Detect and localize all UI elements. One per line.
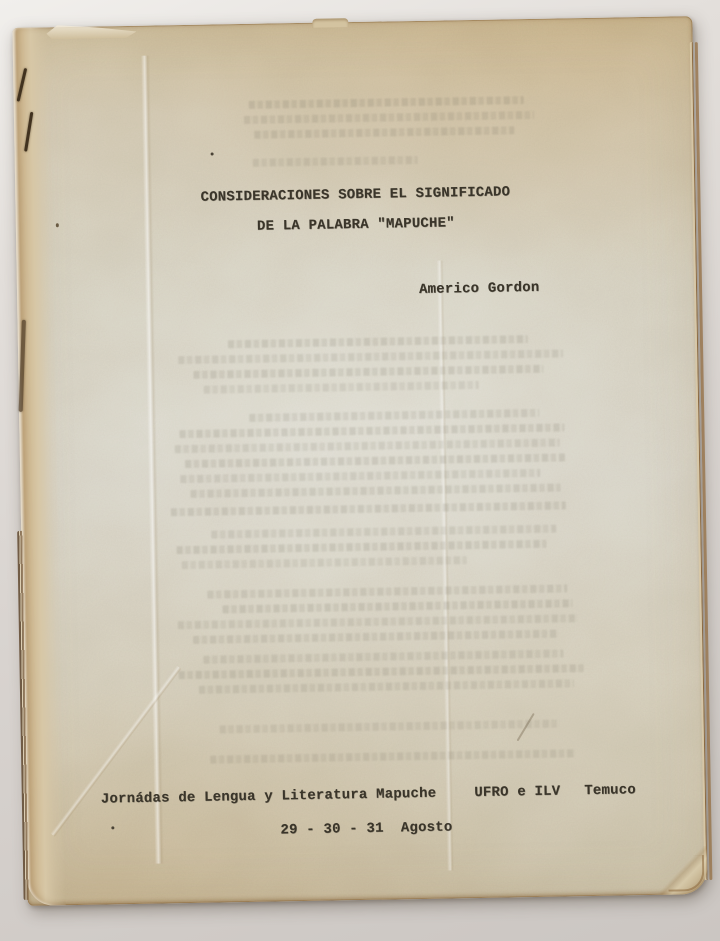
- bleed-through-line: [178, 614, 578, 629]
- paper-crease: [50, 666, 181, 837]
- bleed-through-line: [204, 381, 479, 394]
- bleed-through-line: [228, 335, 528, 348]
- binding-edge: [12, 27, 65, 906]
- bleed-through-line: [199, 679, 574, 694]
- footer-location: Temuco: [584, 783, 636, 798]
- bleed-through-line: [175, 439, 560, 454]
- bleed-through-line: [176, 540, 546, 554]
- bleed-through-line: [207, 584, 567, 598]
- footer-dates: 29 - 30 - 31 Agosto: [26, 816, 706, 842]
- bleed-through-line: [222, 599, 572, 613]
- bleed-through-line: [193, 365, 543, 379]
- bleed-through-line: [193, 630, 558, 644]
- bleed-through-line: [182, 556, 467, 569]
- footer-organizations: UFRO e ILV: [474, 785, 560, 800]
- staple-mark: [19, 320, 26, 412]
- photo-background: CONSIDERACIONES SOBRE EL SIGNIFICADO DE …: [0, 0, 720, 941]
- document-title-line1: CONSIDERACIONES SOBRE EL SIGNIFICADO: [15, 182, 695, 208]
- bleed-through-line: [180, 469, 540, 483]
- bleed-through-line: [244, 111, 534, 124]
- paper-tab: [312, 18, 348, 28]
- bleed-through-line: [171, 501, 566, 516]
- bleed-through-line: [220, 720, 560, 734]
- bleed-through-line: [211, 525, 556, 539]
- footer-event: Jornádas de Lengua y Literatura Mapuche: [101, 787, 437, 807]
- document-page: CONSIDERACIONES SOBRE EL SIGNIFICADO DE …: [12, 16, 707, 906]
- bleed-through-line: [203, 649, 563, 663]
- bleed-through-line: [249, 96, 524, 109]
- paper-crease: [141, 56, 164, 864]
- author-name: Americo Gordon: [419, 281, 540, 297]
- bleed-through-line: [190, 484, 560, 498]
- staple-mark: [17, 68, 28, 102]
- bleed-through-line: [210, 749, 575, 763]
- bleed-through-line: [185, 453, 565, 468]
- footer-line: Jornádas de Lengua y Literatura Mapuche …: [101, 783, 636, 806]
- ink-speck: [211, 153, 214, 156]
- bleed-through-line: [249, 409, 539, 422]
- bleed-through-line: [253, 156, 418, 167]
- bleed-through-line: [254, 126, 514, 139]
- torn-corner-flap: [46, 24, 136, 40]
- bleed-through-line: [178, 349, 563, 364]
- page-stack-edge-right: [692, 42, 710, 880]
- bleed-through-line: [179, 664, 584, 679]
- bleed-through-text: [12, 16, 692, 28]
- document-title-line2: DE LA PALABRA "MAPUCHE": [16, 212, 696, 238]
- corner-fold: [659, 846, 708, 895]
- staple-mark: [24, 112, 33, 152]
- bleed-through-line: [179, 423, 564, 438]
